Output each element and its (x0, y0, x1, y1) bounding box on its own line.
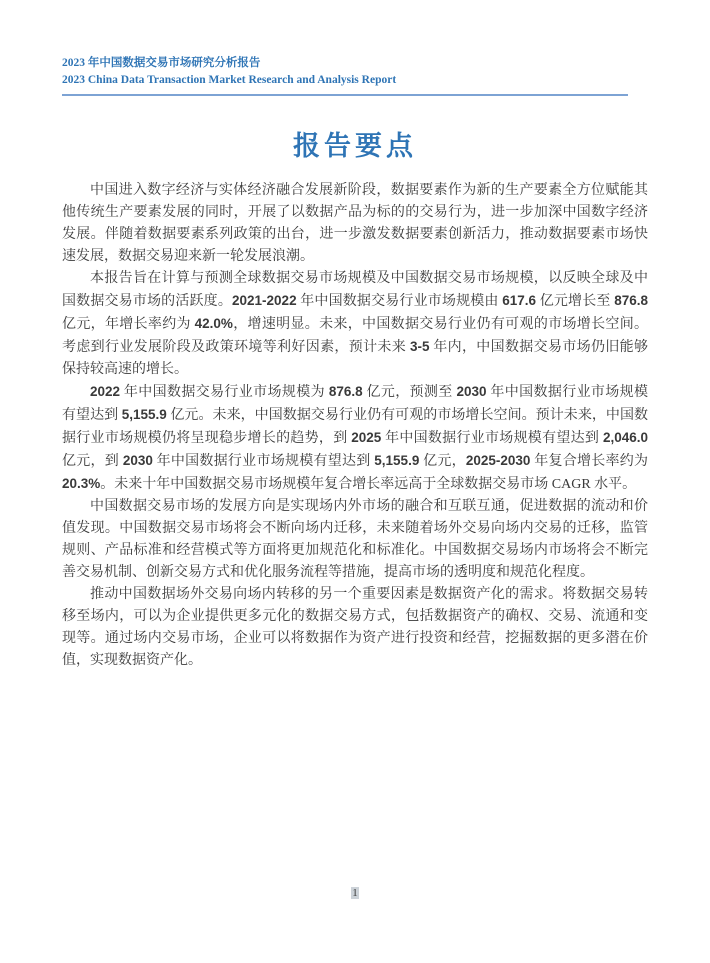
text-run: 年中国数据交易行业市场规模由 (297, 294, 503, 309)
bold-number-run: 5,155.9 (374, 453, 419, 468)
bold-number-run: 2025 (351, 430, 381, 445)
text-run: 亿元， (419, 454, 466, 469)
text-run: 推动中国数据场外交易向场内转移的另一个重要因素是数据资产化的需求。将数据交易转移… (62, 587, 648, 668)
paragraph: 推动中国数据场外交易向场内转移的另一个重要因素是数据资产化的需求。将数据交易转移… (62, 584, 648, 672)
text-run: 年中国数据行业市场规模有望达到 (153, 454, 374, 469)
text-run: 年复合增长率约为 (530, 454, 648, 469)
text-run: 年中国数据行业市场规模有望达到 (381, 431, 603, 446)
text-run: 中国数据交易市场的发展方向是实现场内外市场的融合和互联互通，促进数据的流动和价值… (62, 499, 648, 580)
bold-number-run: 876.8 (614, 293, 648, 308)
paragraph: 中国进入数字经济与实体经济融合发展新阶段，数据要素作为新的生产要素全方位赋能其他… (62, 180, 648, 268)
bold-number-run: 2030 (457, 384, 487, 399)
bold-number-run: 2022 (90, 384, 120, 399)
text-run: 亿元，预测至 (363, 385, 457, 400)
page-number: 1 (351, 887, 359, 899)
bold-number-run: 2021-2022 (232, 293, 297, 308)
page-footer: 1 (0, 886, 710, 901)
bold-number-run: 20.3% (62, 476, 100, 491)
header-title-zh: 2023 年中国数据交易市场研究分析报告 (62, 55, 648, 72)
text-run: 。未来十年中国数据交易市场规模年复合增长率远高于全球数据交易市场 CAGR 水平… (100, 477, 636, 492)
bold-number-run: 876.8 (329, 384, 363, 399)
text-run: 亿元，年增长率约为 (62, 317, 195, 332)
text-run: 年中国数据交易行业市场规模为 (120, 385, 329, 400)
paragraph: 本报告旨在计算与预测全球数据交易市场规模及中国数据交易市场规模，以反映全球及中国… (62, 268, 648, 381)
paragraph: 中国数据交易市场的发展方向是实现场内外市场的融合和互联互通，促进数据的流动和价值… (62, 496, 648, 584)
document-page: 2023 年中国数据交易市场研究分析报告 2023 China Data Tra… (0, 0, 710, 963)
text-run: 中国进入数字经济与实体经济融合发展新阶段，数据要素作为新的生产要素全方位赋能其他… (62, 183, 648, 264)
bold-number-run: 2,046.0 (603, 430, 648, 445)
header-title-en: 2023 China Data Transaction Market Resea… (62, 72, 648, 89)
bold-number-run: 42.0% (195, 316, 233, 331)
bold-number-run: 5,155.9 (122, 407, 167, 422)
text-run: 亿元增长至 (536, 294, 614, 309)
header-rule (62, 94, 628, 96)
page-header: 2023 年中国数据交易市场研究分析报告 2023 China Data Tra… (62, 55, 648, 96)
document-body: 中国进入数字经济与实体经济融合发展新阶段，数据要素作为新的生产要素全方位赋能其他… (62, 180, 648, 672)
text-run: 亿元，到 (62, 454, 123, 469)
paragraph: 2022 年中国数据交易行业市场规模为 876.8 亿元，预测至 2030 年中… (62, 381, 648, 496)
report-title: 报告要点 (0, 124, 710, 163)
bold-number-run: 3-5 (410, 339, 430, 354)
bold-number-run: 2030 (123, 453, 153, 468)
bold-number-run: 617.6 (502, 293, 536, 308)
bold-number-run: 2025-2030 (466, 453, 531, 468)
